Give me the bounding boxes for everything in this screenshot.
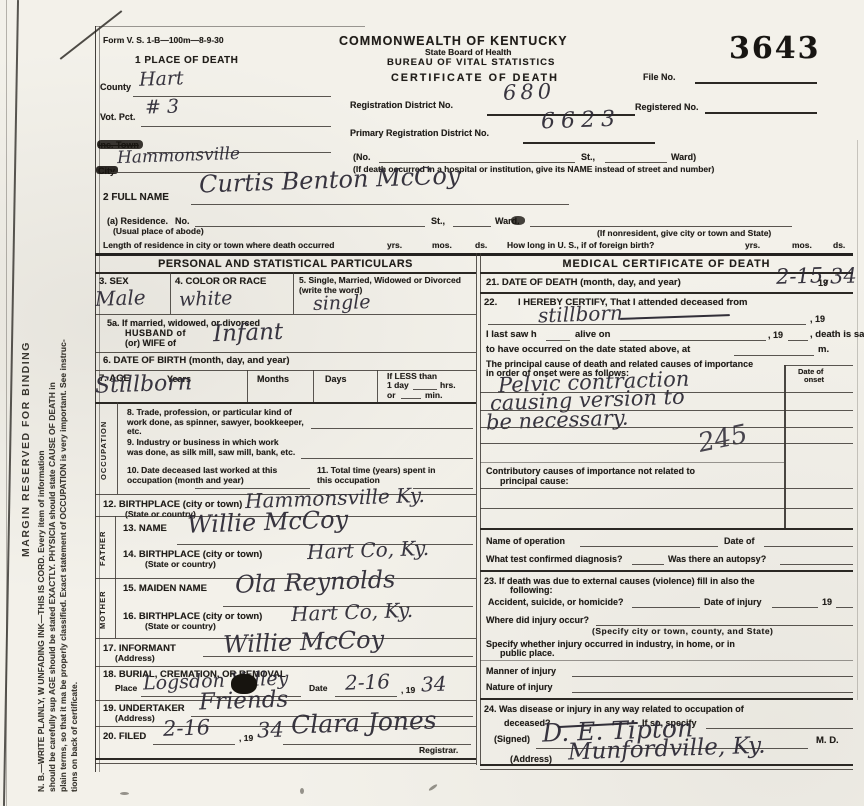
full-name-value: Curtis Benton McCoy — [199, 163, 461, 196]
age-value: Stillborn — [95, 372, 193, 397]
filed-date-value: 2-16 — [163, 717, 211, 740]
margin-instructions: MARGIN RESERVED FOR BINDING N. B.—WRITE … — [20, 24, 80, 792]
scan-smudge — [120, 792, 129, 795]
marital-status-value: single — [313, 293, 371, 314]
physician-address: Munfordville, Ky. — [568, 735, 766, 765]
manner-injury-blank — [572, 676, 853, 677]
spouse-value: Infant — [213, 321, 284, 346]
mother-side-label: MOTHER — [98, 582, 107, 638]
contributory-rule-1 — [480, 488, 853, 489]
city-value: Hammonsville — [117, 146, 241, 167]
abode-note: (Usual place of abode) — [113, 227, 204, 237]
attended-from-value: stillborn — [538, 303, 623, 326]
alive-on-blank — [620, 340, 766, 341]
burial-year-printed: , 19 — [401, 686, 415, 696]
mother-birthplace-value: Hart Co, Ky. — [291, 600, 414, 624]
residence-no-blank — [195, 226, 425, 227]
certificate-form: Form V. S. 1-B—100m—8-9-30 1 PLACE OF DE… — [95, 26, 853, 772]
age-min-label: min. — [425, 391, 442, 401]
burial-year-value: 34 — [421, 674, 447, 695]
signed-label: (Signed) — [494, 734, 530, 744]
voting-precinct-value: # 3 — [145, 97, 180, 117]
date-injury-blank — [772, 607, 818, 608]
death-said-label: , death is said — [810, 330, 864, 341]
primary-district-label: Primary Registration District No. — [350, 128, 489, 138]
occurred-label: to have occurred on the date stated abov… — [486, 345, 690, 356]
filed-year-printed: , 19 — [239, 734, 253, 744]
age-col-divider-1 — [247, 370, 248, 402]
autopsy-blank — [780, 564, 853, 565]
burial-date-label: Date — [309, 684, 327, 694]
margin-binding-label: MARGIN RESERVED FOR BINDING — [20, 24, 32, 557]
residence-label: (a) Residence. — [107, 216, 168, 226]
occupation-cell-divider — [117, 402, 118, 494]
right-bottom-rule-1 — [480, 764, 853, 766]
county-value: Hart — [139, 69, 184, 90]
age-hrs-label: hrs. — [440, 381, 456, 391]
occupation-related-label-1: 24. Was disease or injury in any way rel… — [484, 704, 744, 714]
age-months-label: Months — [257, 374, 289, 384]
father-name-value: Willie McCoy — [187, 507, 349, 537]
certify-19-label: , 19 — [810, 314, 825, 324]
occupation-industry-blank — [301, 458, 473, 459]
street-no-label: (No. — [353, 152, 371, 162]
accident-label: Accident, suicide, or homicide? — [488, 597, 624, 607]
burial-date-value: 2-16 — [345, 671, 391, 693]
external-causes-label-2: following: — [510, 585, 553, 595]
date-of-death-rule — [480, 292, 853, 294]
father-cell-divider — [115, 516, 116, 578]
sex-value: Male — [95, 287, 146, 309]
contributory-rule-2 — [480, 508, 853, 509]
margin-nb-line4: tions on back of certificate. — [69, 24, 80, 792]
medical-certificate-section: MEDICAL CERTIFICATE OF DEATH 21. DATE OF… — [480, 26, 853, 772]
alive-on-label: alive on — [575, 330, 610, 341]
mother-cell-divider — [115, 578, 116, 638]
date-of-death-year: 34 — [830, 266, 857, 288]
certify-blank — [488, 324, 806, 325]
full-name-label: 2 FULL NAME — [103, 192, 169, 203]
place-of-death-title: 1 PLACE OF DEATH — [135, 55, 238, 66]
father-name-label: 13. NAME — [123, 524, 167, 535]
personal-section-title: PERSONAL AND STATISTICAL PARTICULARS — [95, 258, 476, 270]
undertaker-sub: (Address) — [115, 714, 155, 724]
father-birthplace-value: Hart Co, Ky. — [307, 538, 430, 562]
cause-rule-4 — [480, 443, 853, 444]
father-birthplace-sub: (State or country) — [145, 560, 216, 570]
age-bottom-rule — [95, 402, 476, 404]
where-injury-sub: (Specify city or town, county, and State… — [592, 627, 773, 637]
accident-blank — [632, 607, 700, 608]
length-yrs-label: yrs. — [387, 241, 402, 251]
filed-label: 20. FILED — [103, 732, 146, 743]
address-label: (Address) — [510, 754, 552, 764]
date-of-death-19: 19 — [818, 278, 828, 288]
form-left-border-inner — [99, 26, 100, 772]
cause-ink-mark: 245 — [696, 421, 750, 457]
dob-label: 6. DATE OF BIRTH (month, day, and year) — [103, 356, 290, 367]
color-race-value: white — [179, 289, 233, 310]
personal-title-rule — [95, 272, 476, 274]
injury-19-label: 19 — [822, 597, 832, 607]
informant-value: Willie McCoy — [223, 627, 385, 657]
manner-injury-label: Manner of injury — [486, 666, 556, 676]
age-col-divider-2 — [313, 370, 314, 402]
occupation-industry-label: 9. Industry or business in which work wa… — [127, 438, 297, 457]
birthplace-sub-label: (State or country) — [125, 510, 196, 520]
registrar-label: Registrar. — [419, 746, 458, 756]
occurred-blank — [734, 355, 814, 356]
date-of-death-label: 21. DATE OF DEATH (month, day, and year) — [486, 278, 681, 289]
cause-rule-3 — [480, 427, 853, 428]
scan-right-edge-line — [857, 140, 858, 700]
death-certificate-scan: MARGIN RESERVED FOR BINDING N. B.—WRITE … — [0, 0, 864, 806]
left-bottom-rule-1 — [95, 758, 476, 760]
registration-district-label: Registration District No. — [350, 100, 453, 110]
occurred-m-label: m. — [818, 345, 829, 356]
occupation-trade-label: 8. Trade, profession, or particular kind… — [127, 408, 307, 437]
right-bottom-rule-2 — [480, 769, 853, 770]
specify-rule — [480, 660, 853, 661]
voting-precinct-label: Vot. Pct. — [100, 112, 135, 122]
mother-birthplace-sub: (State or country) — [145, 622, 216, 632]
age-or-label: or — [387, 391, 396, 401]
mother-maiden-value: Ola Reynolds — [235, 567, 396, 597]
wife-of-label: (or) WIFE of — [125, 338, 176, 348]
if-so-blank — [706, 728, 853, 729]
filed-year-value: 34 — [257, 720, 284, 742]
mother-maiden-label: 15. MAIDEN NAME — [123, 584, 207, 595]
burial-place-label: Place — [115, 684, 137, 694]
md-label: M. D. — [816, 736, 839, 747]
burial-date-blank — [335, 696, 397, 697]
age-col-divider-3 — [377, 370, 378, 402]
certify-number: 22. — [484, 298, 497, 309]
nature-injury-blank — [572, 692, 853, 693]
informant-blank — [203, 656, 473, 657]
race-cell-divider — [293, 272, 294, 314]
operation-date-blank — [764, 546, 853, 547]
occupation-side-label: OCCUPATION — [99, 408, 108, 492]
contributory-rule-top — [480, 462, 784, 463]
date-injury-label: Date of injury — [704, 597, 762, 607]
undertaker-value: Friends — [199, 688, 289, 714]
form-left-border — [95, 26, 96, 772]
specify-injury-label-2: public place. — [500, 648, 555, 658]
sex-cell-divider — [170, 272, 171, 314]
sex-row-rule — [95, 314, 476, 315]
contributory-label-2: principal cause: — [500, 476, 569, 486]
last-saw-h-blank — [546, 340, 570, 341]
test-row-rule — [480, 570, 853, 572]
father-side-label: FATHER — [98, 520, 107, 576]
length-mos-label: mos. — [432, 241, 452, 251]
contributory-rule-3 — [480, 528, 853, 530]
margin-nb-line3: plain terms, so that it ma be properly c… — [58, 24, 69, 792]
age-min-blank — [401, 398, 421, 399]
scan-page-fold-line-2 — [6, 0, 7, 806]
scan-smudge — [300, 788, 304, 794]
onset-box-left-border — [784, 365, 786, 528]
injury-19-blank — [836, 607, 853, 608]
color-race-label: 4. COLOR OR RACE — [175, 277, 266, 288]
husband-of-label: HUSBAND of — [125, 328, 186, 338]
left-bottom-rule-2 — [95, 763, 476, 764]
occupation-trade-blank — [311, 428, 473, 429]
county-label: County — [100, 82, 131, 92]
margin-nb-line1: N. B.—WRITE PLAINLY, W UNFADING INK—THIS… — [36, 24, 47, 792]
test-label: What test confirmed diagnosis? — [486, 554, 623, 564]
length-residence-label: Length of residence in city or town wher… — [103, 241, 334, 251]
operation-date-label: Date of — [724, 536, 755, 546]
item5a-rule — [95, 352, 476, 353]
last-saw-label: I last saw h — [486, 330, 537, 341]
alive-19-blank — [788, 340, 808, 341]
informant-sub: (Address) — [115, 654, 155, 664]
age-days-label: Days — [325, 374, 347, 384]
voting-precinct-blank — [141, 126, 331, 127]
operation-label: Name of operation — [486, 536, 565, 546]
nature-row-rule — [480, 698, 853, 700]
ink-strike-squiggle — [620, 314, 730, 320]
cause-of-death-line-3: be necessary. — [486, 408, 629, 434]
filed-date-blank — [153, 744, 235, 745]
contributory-label-1: Contributory causes of importance not re… — [486, 466, 695, 476]
margin-nb-line2: should be carefully sup AGE should be st… — [47, 24, 58, 792]
registrar-signature: Clara Jones — [291, 707, 437, 737]
where-injury-label: Where did injury occur? — [486, 615, 589, 625]
scan-smudge — [428, 783, 438, 791]
operation-blank — [580, 546, 718, 547]
form-number: Form V. S. 1-B—100m—8-9-30 — [103, 36, 224, 46]
alive-19-label: , 19 — [768, 330, 783, 340]
residence-no-label: No. — [175, 216, 190, 226]
autopsy-label: Was there an autopsy? — [668, 554, 766, 564]
onset-label-2: onset — [804, 376, 824, 384]
residence-st-label: St., — [431, 216, 445, 226]
onset-box-top-border — [784, 365, 853, 366]
nature-injury-label: Nature of injury — [486, 682, 553, 692]
occupation-lastworked-label: 10. Date deceased last worked at this oc… — [127, 466, 312, 485]
column-divider-outer — [476, 253, 477, 765]
test-blank — [632, 564, 664, 565]
